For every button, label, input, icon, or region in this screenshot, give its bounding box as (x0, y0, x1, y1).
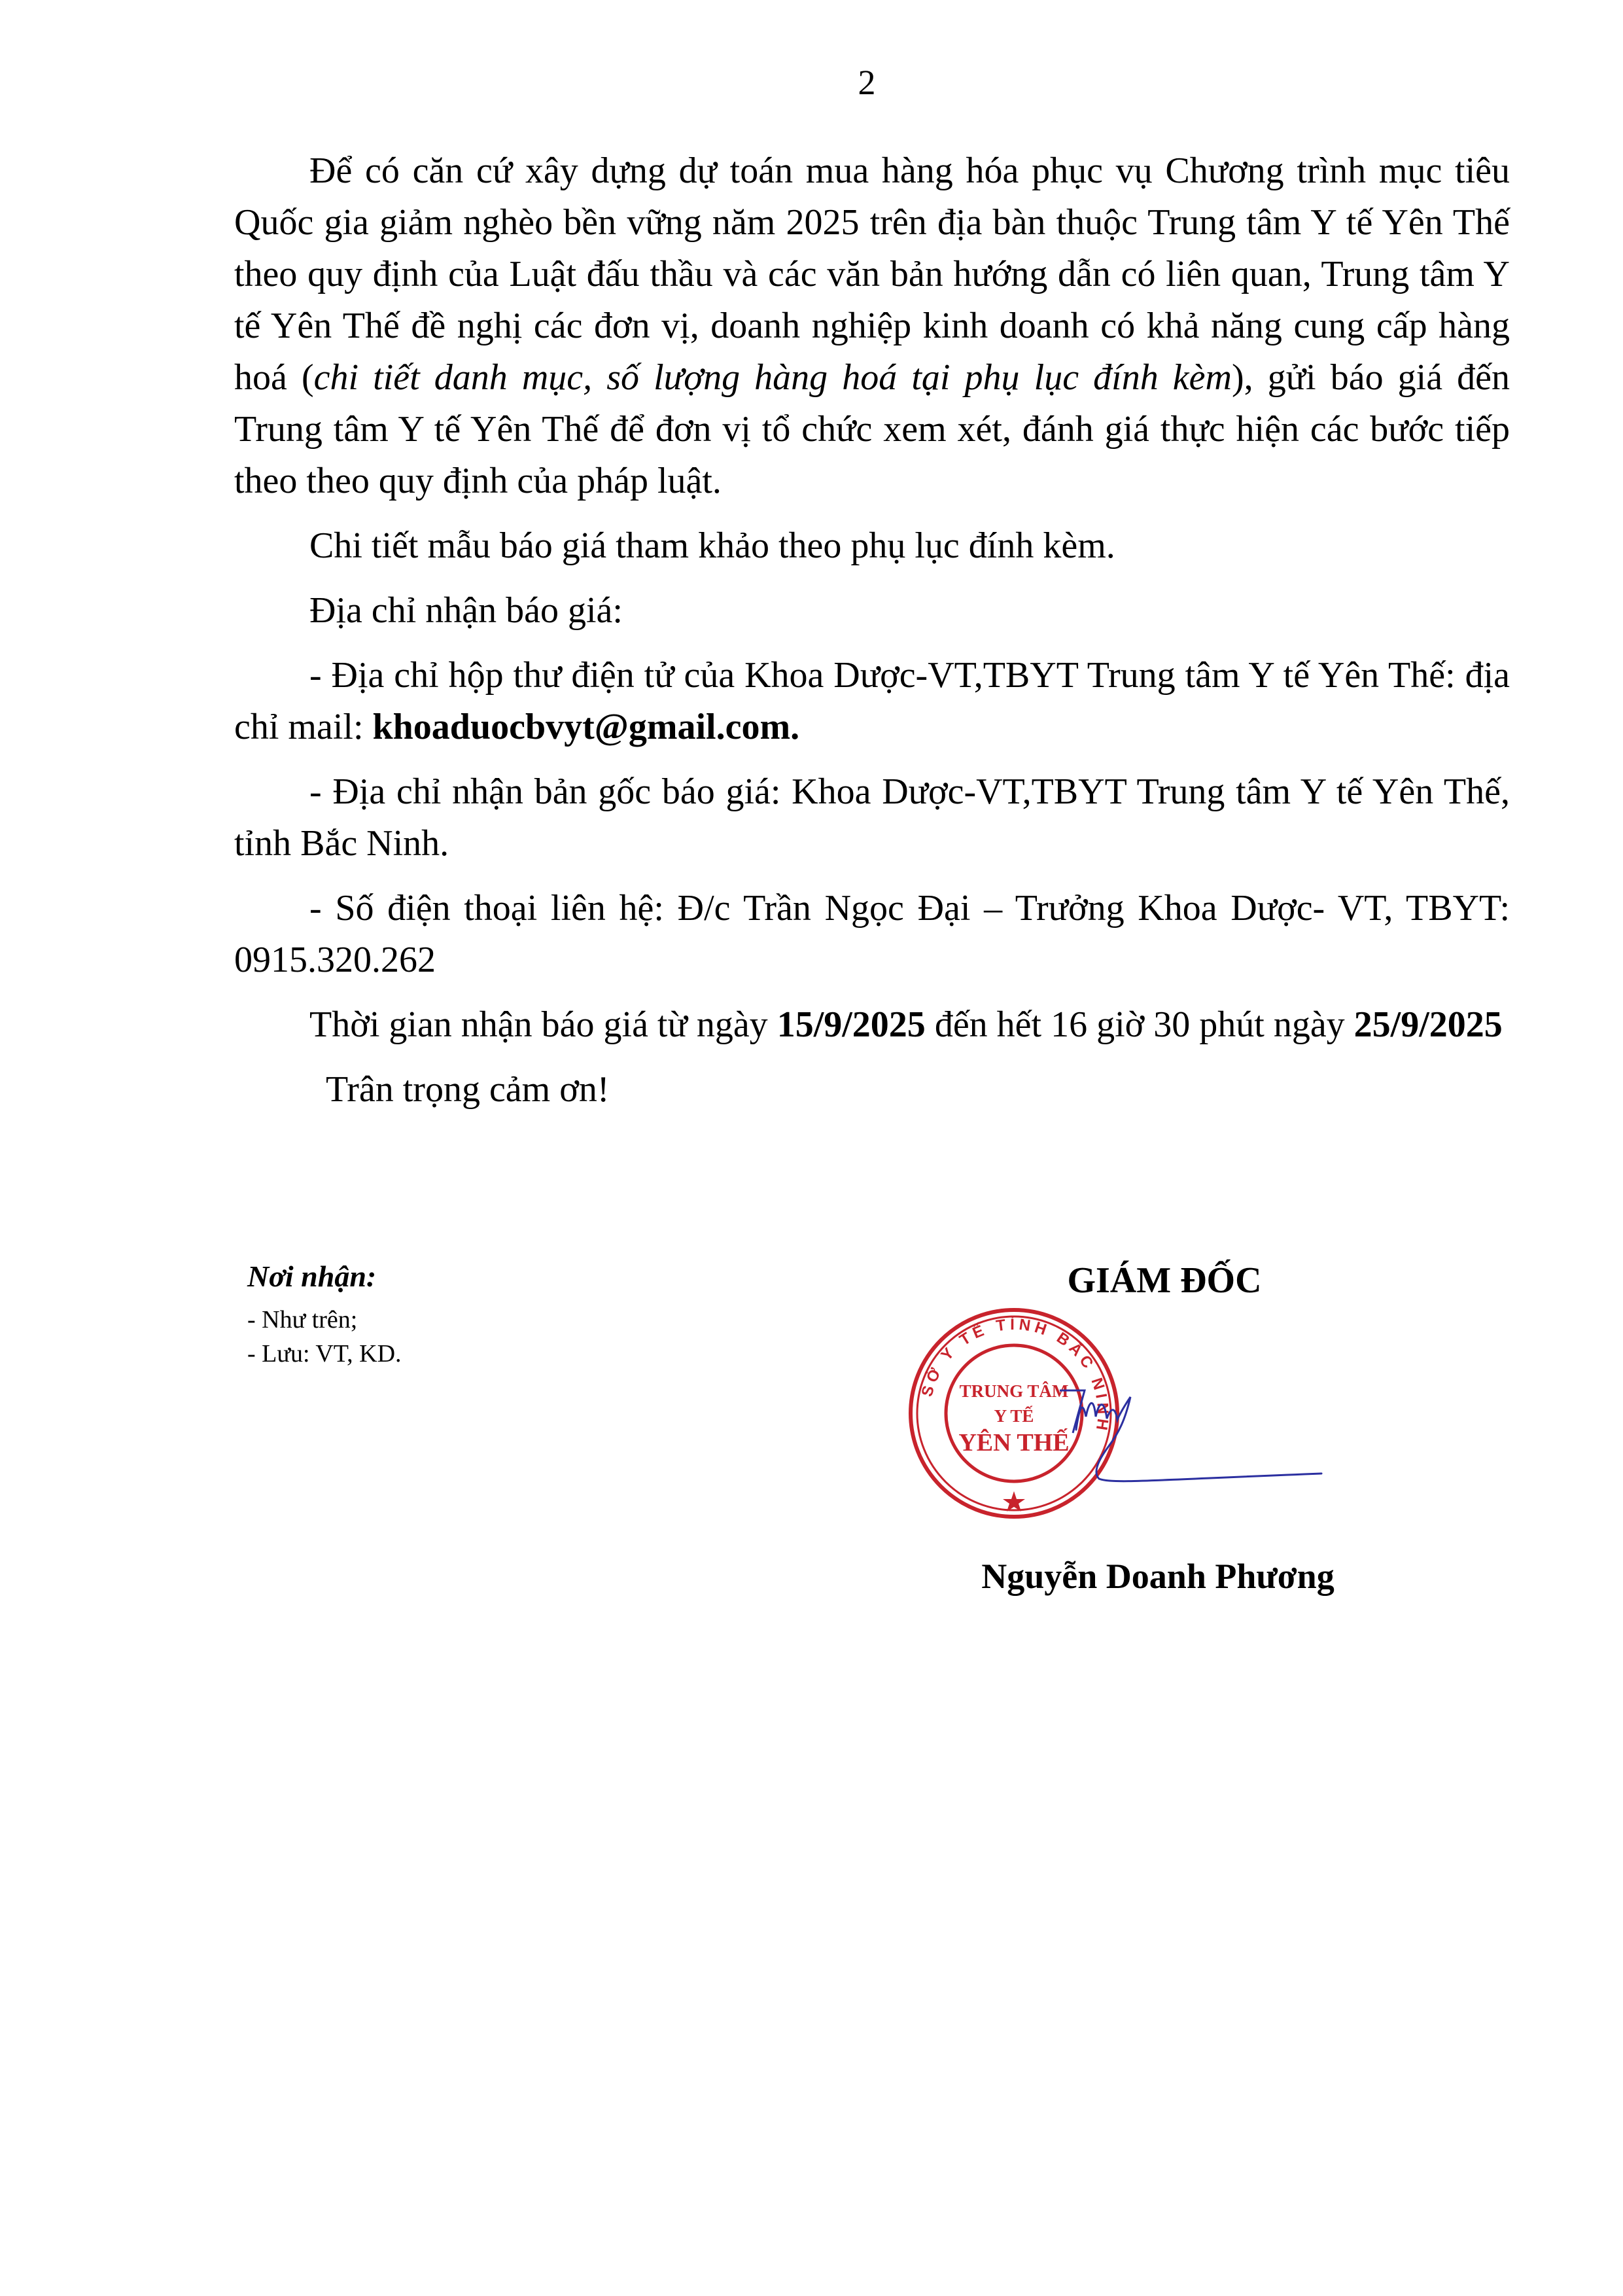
attachment-note: chi tiết danh mục, số lượng hàng hoá tại… (314, 357, 1232, 398)
recipient-item: - Như trên; (247, 1303, 402, 1337)
recipient-item: - Lưu: VT, KD. (247, 1337, 402, 1371)
paragraph-deadline: Thời gian nhận báo giá từ ngày 15/9/2025… (234, 999, 1510, 1051)
page-number: 2 (0, 62, 1623, 103)
stamp-center-line2: Y TẾ (994, 1405, 1034, 1426)
star-icon (1003, 1491, 1025, 1511)
recipients-title: Nơi nhận: (247, 1260, 402, 1294)
handwritten-signature-icon (1060, 1361, 1348, 1485)
email-link[interactable]: khoaduocbvyt@gmail.com. (373, 707, 800, 747)
recipients-block: Nơi nhận: - Như trên; - Lưu: VT, KD. (247, 1260, 402, 1371)
paragraph-postal-address: - Địa chỉ nhận bản gốc báo giá: Khoa Dượ… (234, 766, 1510, 870)
paragraph-phone-contact: - Số điện thoại liên hệ: Đ/c Trần Ngọc Đ… (234, 883, 1510, 986)
paragraph-email-address: - Địa chỉ hộp thư điện tử của Khoa Dược-… (234, 650, 1510, 753)
paragraph-template-note: Chi tiết mẫu báo giá tham khảo theo phụ … (234, 520, 1510, 572)
paragraph-request: Để có căn cứ xây dựng dự toán mua hàng h… (234, 145, 1510, 507)
signatory-title: GIÁM ĐỐC (968, 1260, 1361, 1301)
paragraph-address-heading: Địa chỉ nhận báo giá: (234, 585, 1510, 637)
stamp-center-line1: TRUNG TÂM (960, 1381, 1069, 1401)
closing-thanks: Trân trọng cảm ơn! (234, 1064, 1510, 1116)
start-date: 15/9/2025 (777, 1004, 926, 1045)
end-date: 25/9/2025 (1354, 1004, 1503, 1045)
signatory-name: Nguyễn Doanh Phương (929, 1556, 1387, 1597)
document-body: Để có căn cứ xây dựng dự toán mua hàng h… (234, 145, 1510, 1116)
stamp-center-line3: YÊN THẾ (958, 1428, 1069, 1457)
